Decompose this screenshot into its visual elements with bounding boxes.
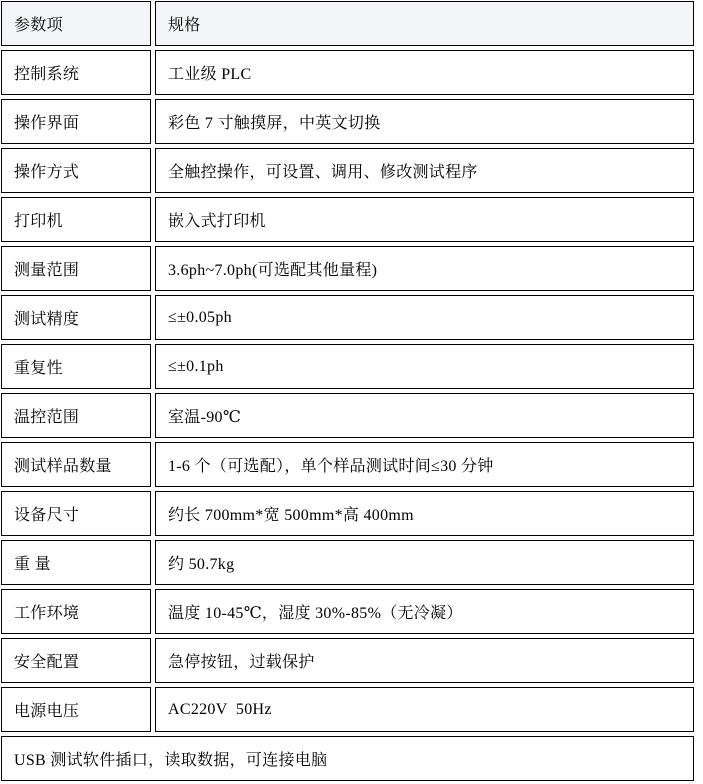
parameter-cell: 电源电压 [1, 687, 151, 732]
spec-cell: 嵌入式打印机 [155, 197, 694, 242]
spec-cell: 彩色 7 寸触摸屏，中英文切换 [155, 99, 694, 144]
header-cell-spec: 规格 [155, 1, 694, 46]
parameter-cell: 工作环境 [1, 589, 151, 634]
spec-cell: 1-6 个（可选配），单个样品测试时间≤30 分钟 [155, 442, 694, 487]
header-cell-parameter: 参数项 [1, 1, 151, 46]
table-row: 测试精度≤±0.05ph [1, 295, 694, 340]
parameter-cell: 控制系统 [1, 50, 151, 95]
spec-cell: ≤±0.05ph [155, 295, 694, 340]
header-row: 参数项 规格 [1, 1, 694, 46]
spec-cell: 急停按钮，过载保护 [155, 638, 694, 683]
table-row: 安全配置急停按钮，过载保护 [1, 638, 694, 683]
parameter-cell: 重 量 [1, 540, 151, 585]
spec-cell: ≤±0.1ph [155, 344, 694, 389]
spec-table-body: 控制系统工业级 PLC操作界面彩色 7 寸触摸屏，中英文切换操作方式全触控操作，… [1, 50, 694, 781]
spec-cell: 约 50.7kg [155, 540, 694, 585]
table-row: 操作方式全触控操作，可设置、调用、修改测试程序 [1, 148, 694, 193]
table-row: 控制系统工业级 PLC [1, 50, 694, 95]
spec-table: 参数项 规格 控制系统工业级 PLC操作界面彩色 7 寸触摸屏，中英文切换操作方… [0, 0, 698, 784]
table-row: 重复性≤±0.1ph [1, 344, 694, 389]
table-row: 打印机嵌入式打印机 [1, 197, 694, 242]
spec-cell: 工业级 PLC [155, 50, 694, 95]
spec-cell: AC220V 50Hz [155, 687, 694, 732]
parameter-cell: 测量范围 [1, 246, 151, 291]
parameter-cell: 安全配置 [1, 638, 151, 683]
table-row: 工作环境温度 10-45℃，湿度 30%-85%（无冷凝） [1, 589, 694, 634]
spec-cell: 室温-90℃ [155, 393, 694, 438]
parameter-cell: 重复性 [1, 344, 151, 389]
spec-cell: 全触控操作，可设置、调用、修改测试程序 [155, 148, 694, 193]
table-row: 操作界面彩色 7 寸触摸屏，中英文切换 [1, 99, 694, 144]
parameter-cell: 温控范围 [1, 393, 151, 438]
table-row: 测量范围3.6ph~7.0ph(可选配其他量程) [1, 246, 694, 291]
spec-cell: 约长 700mm*宽 500mm*高 400mm [155, 491, 694, 536]
table-row: 测试样品数量1-6 个（可选配），单个样品测试时间≤30 分钟 [1, 442, 694, 487]
footer-note-cell: USB 测试软件插口，读取数据，可连接电脑 [1, 736, 694, 781]
table-row: 电源电压AC220V 50Hz [1, 687, 694, 732]
table-row: 重 量约 50.7kg [1, 540, 694, 585]
footer-row: USB 测试软件插口，读取数据，可连接电脑 [1, 736, 694, 781]
parameter-cell: 操作界面 [1, 99, 151, 144]
table-row: 温控范围室温-90℃ [1, 393, 694, 438]
parameter-cell: 测试精度 [1, 295, 151, 340]
parameter-cell: 打印机 [1, 197, 151, 242]
parameter-cell: 测试样品数量 [1, 442, 151, 487]
parameter-cell: 设备尺寸 [1, 491, 151, 536]
spec-cell: 3.6ph~7.0ph(可选配其他量程) [155, 246, 694, 291]
spec-cell: 温度 10-45℃，湿度 30%-85%（无冷凝） [155, 589, 694, 634]
parameter-cell: 操作方式 [1, 148, 151, 193]
table-row: 设备尺寸约长 700mm*宽 500mm*高 400mm [1, 491, 694, 536]
